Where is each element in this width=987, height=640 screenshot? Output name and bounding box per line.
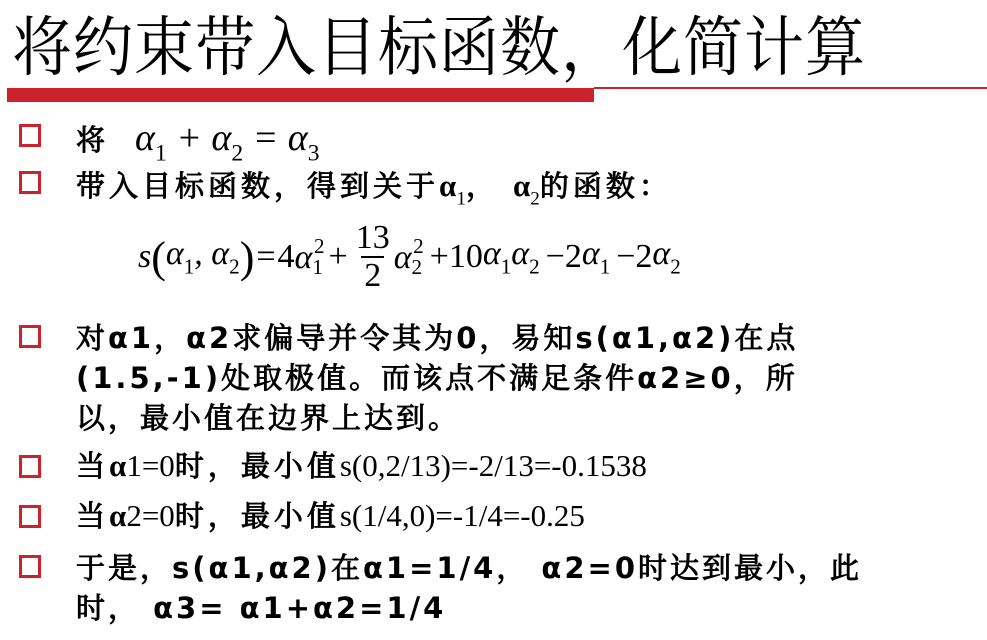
bullet-6-line-1: 于是，s(α1,α2)在α1=1/4， α2=0时达到最小，此 <box>76 548 862 588</box>
bullet-5: 当α2=0时，最小值s(1/4,0)=-1/4=-0.25 <box>76 496 585 536</box>
bullet-square-icon <box>19 555 41 578</box>
subscript: 2 <box>530 189 540 210</box>
text: 2=0 <box>126 498 174 533</box>
text: s(1/4,0)=-1/4=-0.25 <box>340 498 585 533</box>
bullet-2-text-a: 带入目标函数，得到关于 <box>76 169 439 203</box>
formula-lhs: s <box>138 238 151 276</box>
slide-title: 将约束带入目标函数，化简计算 <box>12 6 866 90</box>
text: 1=0 <box>126 448 174 483</box>
bullet-square-icon <box>19 455 41 478</box>
bullet-6-line-2: 时， α3= α1+α2=1/4 <box>76 588 446 628</box>
text: 时，最小值 <box>175 449 340 483</box>
title-underline-thick <box>7 88 594 102</box>
formula-coef: +10 <box>430 238 483 276</box>
bullet-3-line-3: 以，最小值在边界上达到。 <box>76 398 460 438</box>
bullet-square-icon <box>19 124 41 147</box>
bullet-4: 当α1=0时，最小值s(0,2/13)=-2/13=-0.1538 <box>76 446 647 486</box>
formula-coef: 4 <box>278 238 295 276</box>
alpha-symbol: α <box>513 168 530 203</box>
alpha-symbol: α <box>109 448 126 483</box>
alpha-symbol: α <box>439 168 456 203</box>
bullet-3-line-2: (1.5,-1)处取极值。而该点不满足条件α2≥0，所 <box>76 358 798 398</box>
title-underline-thin <box>594 87 987 89</box>
frac-den: 2 <box>361 256 384 294</box>
alpha-symbol: α <box>109 498 126 533</box>
separator: ， <box>466 169 499 203</box>
bullet-square-icon <box>19 325 41 348</box>
bullet-square-icon <box>19 171 41 194</box>
text: 当 <box>76 449 109 483</box>
subscript: 1 <box>456 189 466 210</box>
formula-coef: −2 <box>616 238 652 276</box>
bullet-3-line-1: 对α1，α2求偏导并令其为0，易知s(α1,α2)在点 <box>76 318 798 358</box>
bullet-1-prefix: 将 <box>76 123 109 157</box>
fraction: 132 <box>356 220 390 294</box>
objective-formula: s(α1, α2) = 4α12 + 132 α22 +10α1α2 −2α1 … <box>138 212 681 302</box>
text: 时，最小值 <box>175 499 340 533</box>
text: s(0,2/13)=-2/13=-0.1538 <box>340 448 647 483</box>
formula-plus: + <box>329 238 348 276</box>
bullet-2-text-b: 的函数： <box>540 169 672 203</box>
formula-eq: = <box>256 238 275 276</box>
text: 当 <box>76 499 109 533</box>
frac-num: 13 <box>356 220 390 256</box>
formula-coef: −2 <box>546 238 582 276</box>
bullet-1-math: α1 + α2 = α3 <box>135 117 319 159</box>
bullet-square-icon <box>19 505 41 528</box>
